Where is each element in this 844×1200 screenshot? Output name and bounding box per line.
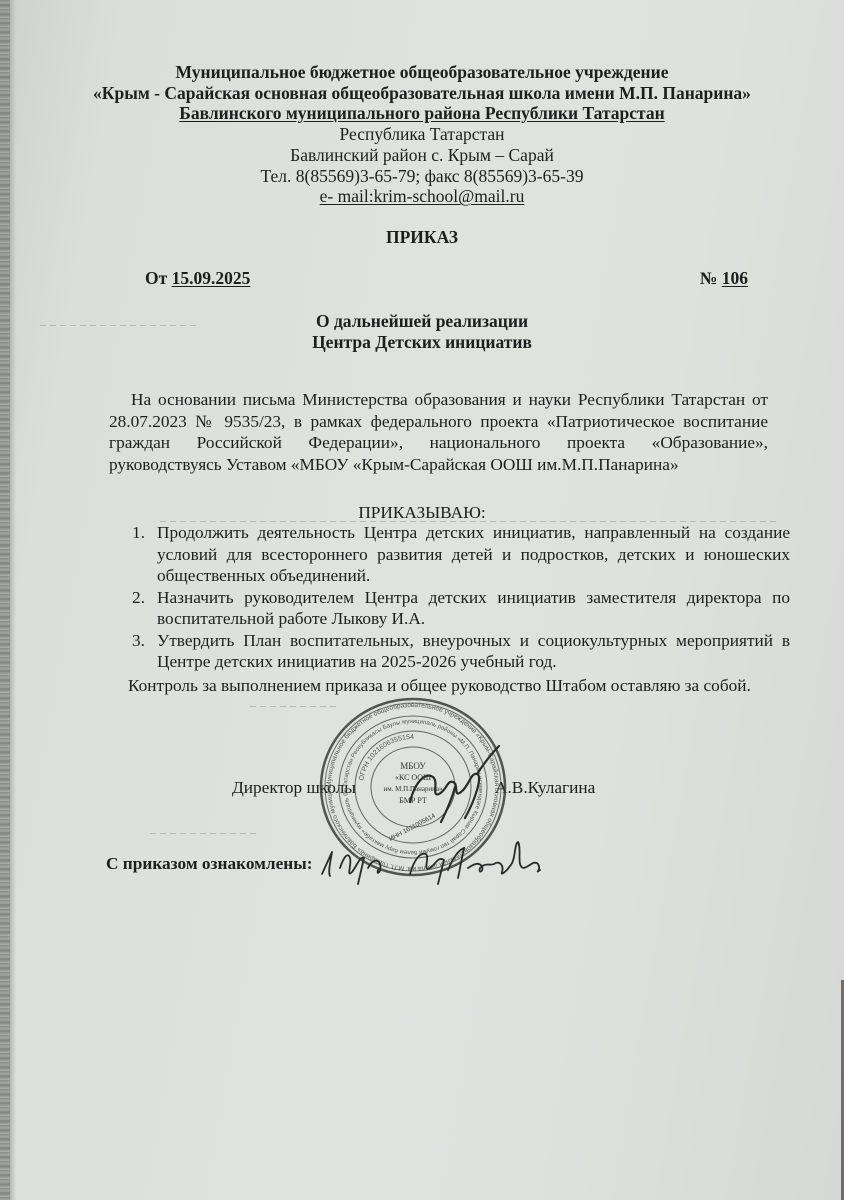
org-name-line1: Муниципальное бюджетное общеобразователь… bbox=[0, 62, 844, 82]
document-title-line2: Центра Детских инициатив bbox=[0, 332, 844, 352]
phones: Тел. 8(85569)3-65-79; факс 8(85569)3-65-… bbox=[0, 166, 844, 187]
address: Бавлинский район с. Крым – Сарай bbox=[0, 145, 844, 166]
document-title-line1: О дальнейшей реализации bbox=[0, 311, 844, 331]
order-items-list: 1. Продолжить деятельность Центра детски… bbox=[132, 522, 790, 673]
org-name-line3: Бавлинского муниципального района Респуб… bbox=[179, 103, 664, 123]
order-item: 3. Утвердить План воспитательных, внеуро… bbox=[132, 630, 790, 673]
scan-artifact-line-4 bbox=[150, 833, 260, 834]
director-name: А.В.Кулагина bbox=[495, 777, 595, 799]
number-value: 106 bbox=[722, 268, 748, 288]
org-name-line2: «Крым - Сарайская основная общеобразоват… bbox=[0, 83, 844, 103]
email: e- mail:krim-school@mail.ru bbox=[320, 186, 525, 206]
item-number: 3. bbox=[132, 630, 145, 652]
item-text: Назначить руководителем Центра детских и… bbox=[157, 588, 790, 629]
republic: Республика Татарстан bbox=[0, 124, 844, 145]
date-value: 15.09.2025 bbox=[172, 268, 251, 288]
item-number: 2. bbox=[132, 587, 145, 609]
director-signature-icon bbox=[395, 742, 505, 827]
org-name-line3-wrap: Бавлинского муниципального района Респуб… bbox=[0, 103, 844, 123]
order-item: 1. Продолжить деятельность Центра детски… bbox=[132, 522, 790, 587]
item-number: 1. bbox=[132, 522, 145, 544]
date-prefix: От bbox=[145, 268, 167, 288]
scan-artifact-line bbox=[40, 325, 200, 326]
item-text: Продолжить деятельность Центра детских и… bbox=[157, 523, 790, 585]
order-item: 2. Назначить руководителем Центра детски… bbox=[132, 587, 790, 630]
document-date: От 15.09.2025 bbox=[145, 268, 250, 288]
document-page: Муниципальное бюджетное общеобразователь… bbox=[0, 0, 844, 1200]
control-statement: Контроль за выполнением приказа и общее … bbox=[128, 675, 808, 697]
number-prefix: № bbox=[700, 268, 718, 288]
email-wrap: e- mail:krim-school@mail.ru bbox=[0, 186, 844, 207]
preamble-paragraph: На основании письма Министерства образов… bbox=[109, 389, 768, 475]
preamble-text: На основании письма Министерства образов… bbox=[109, 390, 768, 474]
acknowledgement-signature-icon bbox=[318, 838, 558, 888]
acknowledged-label: С приказом ознакомлены: bbox=[106, 853, 312, 875]
document-number: № 106 bbox=[700, 268, 748, 288]
item-text: Утвердить План воспитательных, внеурочны… bbox=[157, 631, 790, 672]
document-type: ПРИКАЗ bbox=[0, 227, 844, 247]
